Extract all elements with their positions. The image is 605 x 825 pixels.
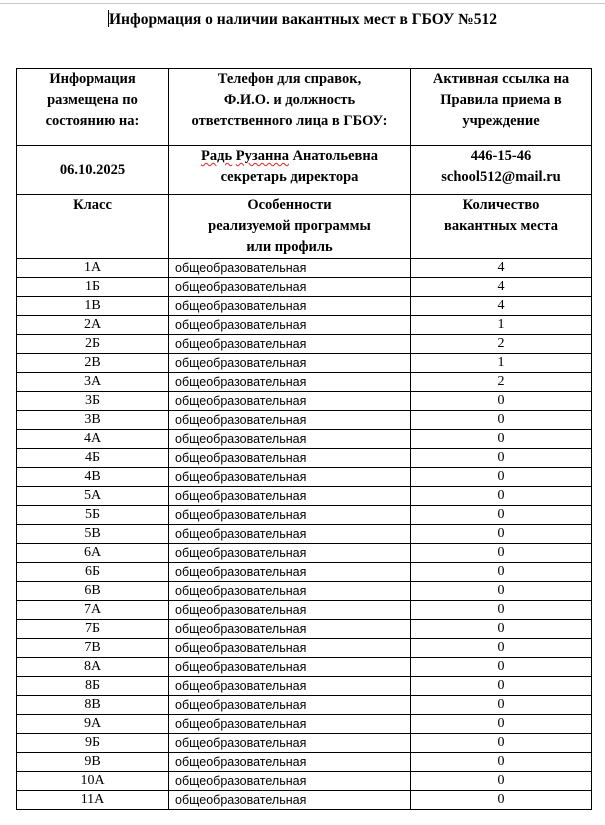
cell-class[interactable]: 9А [17,715,169,734]
cell-vacancies[interactable]: 4 [411,259,592,278]
cell-class[interactable]: 3В [17,411,169,430]
cell-class[interactable]: 7Б [17,620,169,639]
cell-program[interactable]: общеобразовательная [169,259,411,278]
cell-vacancies[interactable]: 0 [411,772,592,791]
cell-program[interactable]: общеобразовательная [169,335,411,354]
table-row: 4Вобщеобразовательная0 [17,468,592,487]
column-header-program[interactable]: Особенности реализуемой программы или пр… [169,195,411,259]
table-row: 9Бобщеобразовательная0 [17,734,592,753]
column-header-row: Класс Особенности реализуемой программы … [17,195,592,259]
cell-vacancies[interactable]: 0 [411,411,592,430]
cell-program[interactable]: общеобразовательная [169,525,411,544]
name-first: Рузанна [236,148,289,164]
cell-vacancies[interactable]: 0 [411,715,592,734]
cell-vacancies[interactable]: 0 [411,620,592,639]
cell-class[interactable]: 11А [17,791,169,810]
cell-vacancies[interactable]: 0 [411,563,592,582]
cell-vacancies[interactable]: 2 [411,373,592,392]
table-row: 10Аобщеобразовательная0 [17,772,592,791]
cell-program[interactable]: общеобразовательная [169,468,411,487]
cell-program[interactable]: общеобразовательная [169,791,411,810]
cell-vacancies[interactable]: 0 [411,525,592,544]
cell-program[interactable]: общеобразовательная [169,411,411,430]
table-row: 5Бобщеобразовательная0 [17,506,592,525]
table-row: 3Вобщеобразовательная0 [17,411,592,430]
table-row: 1Бобщеобразовательная4 [17,278,592,297]
cell-vacancies[interactable]: 0 [411,582,592,601]
vacancies-table: Информация размещена по состоянию на: Те… [16,68,592,810]
cell-class[interactable]: 8В [17,696,169,715]
table-row: 4Аобщеобразовательная0 [17,430,592,449]
cell-vacancies[interactable]: 2 [411,335,592,354]
table-row: 8Вобщеобразовательная0 [17,696,592,715]
header-text: вакантных места [411,216,591,237]
cell-class[interactable]: 7В [17,639,169,658]
cell-program[interactable]: общеобразовательная [169,563,411,582]
cell-vacancies[interactable]: 0 [411,753,592,772]
table-row: 1Аобщеобразовательная4 [17,259,592,278]
header-cell-rules-link[interactable]: Активная ссылка на Правила приема в учре… [411,69,592,146]
cell-program[interactable]: общеобразовательная [169,373,411,392]
cell-program[interactable]: общеобразовательная [169,582,411,601]
cell-vacancies[interactable]: 0 [411,392,592,411]
cell-vacancies[interactable]: 0 [411,506,592,525]
class-rows: 1Аобщеобразовательная41Бобщеобразователь… [17,259,592,810]
table-row: 2Аобщеобразовательная1 [17,316,592,335]
cell-program[interactable]: общеобразовательная [169,487,411,506]
header-text: реализуемой программы [169,216,410,237]
table-row: 3Бобщеобразовательная0 [17,392,592,411]
cell-vacancies[interactable]: 0 [411,791,592,810]
table-row: 5Аобщеобразовательная0 [17,487,592,506]
cell-class[interactable]: 2Б [17,335,169,354]
cell-class[interactable]: 3Б [17,392,169,411]
cell-class[interactable]: 10А [17,772,169,791]
cell-vacancies[interactable]: 0 [411,430,592,449]
header-text: размещена по [17,90,168,111]
table-row: 11Аобщеобразовательная0 [17,791,592,810]
cell-vacancies[interactable]: 0 [411,639,592,658]
cell-class[interactable]: 7А [17,601,169,620]
cell-program[interactable]: общеобразовательная [169,392,411,411]
table-row: 6Аобщеобразовательная0 [17,544,592,563]
header-text: Телефон для справок, [169,69,410,90]
cell-vacancies[interactable]: 0 [411,696,592,715]
header-text: Правила приема в [411,90,591,111]
cell-vacancies[interactable]: 1 [411,316,592,335]
cell-class[interactable]: 5В [17,525,169,544]
cell-class[interactable]: 6Б [17,563,169,582]
cell-class[interactable]: 1Б [17,278,169,297]
document-title[interactable]: Информация о наличии вакантных мест в ГБ… [0,10,605,30]
title-text: Информация о наличии вакантных мест в ГБ… [109,11,497,28]
cell-class[interactable]: 1В [17,297,169,316]
cell-vacancies[interactable]: 0 [411,677,592,696]
cell-class[interactable]: 9Б [17,734,169,753]
cell-class[interactable]: 5А [17,487,169,506]
header-text: Класс [17,195,168,216]
cell-program[interactable]: общеобразовательная [169,696,411,715]
table-row: 7Бобщеобразовательная0 [17,620,592,639]
cell-class[interactable]: 1А [17,259,169,278]
table-row: 5Вобщеобразовательная0 [17,525,592,544]
cell-class[interactable]: 2А [17,316,169,335]
cell-program[interactable]: общеобразовательная [169,601,411,620]
column-header-class[interactable]: Класс [17,195,169,259]
cell-vacancies[interactable]: 0 [411,734,592,753]
header-text: Количество [411,195,591,216]
header-cell-date[interactable]: Информация размещена по состоянию на: [17,69,169,146]
name-patronymic: Анатольевна [293,148,378,164]
cell-vacancies[interactable]: 4 [411,278,592,297]
cell-program[interactable]: общеобразовательная [169,449,411,468]
cell-vacancies[interactable]: 0 [411,601,592,620]
cell-program[interactable]: общеобразовательная [169,506,411,525]
cell-program[interactable]: общеобразовательная [169,772,411,791]
person-position: секретарь директора [169,167,410,188]
header-text: ответственного лица в ГБОУ: [169,111,410,132]
cell-vacancies[interactable]: 0 [411,468,592,487]
table-row: 8Аобщеобразовательная0 [17,658,592,677]
table-row: 2Бобщеобразовательная2 [17,335,592,354]
header-text: учреждение [411,111,591,132]
cell-program[interactable]: общеобразовательная [169,639,411,658]
table-row: 4Бобщеобразовательная0 [17,449,592,468]
table-row: 2Вобщеобразовательная1 [17,354,592,373]
cell-program[interactable]: общеобразовательная [169,715,411,734]
contact-info[interactable]: 446-15-46 school512@mail.ru [411,146,592,195]
header-cell-contact[interactable]: Телефон для справок, Ф.И.О. и должность … [169,69,411,146]
cell-class[interactable]: 4Б [17,449,169,468]
cell-class[interactable]: 6А [17,544,169,563]
cell-program[interactable]: общеобразовательная [169,297,411,316]
cell-class[interactable]: 8Б [17,677,169,696]
cell-program[interactable]: общеобразовательная [169,620,411,639]
info-header-row: Информация размещена по состоянию на: Те… [17,69,592,146]
cell-program[interactable]: общеобразовательная [169,316,411,335]
header-text: состоянию на: [17,111,168,132]
email-address[interactable]: school512@mail.ru [411,167,591,188]
cell-program[interactable]: общеобразовательная [169,753,411,772]
table-row: 8Бобщеобразовательная0 [17,677,592,696]
cell-class[interactable]: 5Б [17,506,169,525]
table-row: 3Аобщеобразовательная2 [17,373,592,392]
date-text: 06.10.2025 [60,162,125,178]
cell-class[interactable]: 3А [17,373,169,392]
info-date[interactable]: 06.10.2025 [17,146,169,195]
header-text: Ф.И.О. и должность [169,90,410,111]
cell-program[interactable]: общеобразовательная [169,278,411,297]
cell-vacancies[interactable]: 0 [411,449,592,468]
cell-program[interactable]: общеобразовательная [169,544,411,563]
table-row: 6Бобщеобразовательная0 [17,563,592,582]
table-row: 6Вобщеобразовательная0 [17,582,592,601]
responsible-person[interactable]: Радь Рузанна Анатольевна секретарь дирек… [169,146,411,195]
table-row: 1Вобщеобразовательная4 [17,297,592,316]
phone-number: 446-15-46 [411,146,591,167]
cell-class[interactable]: 8А [17,658,169,677]
cell-class[interactable]: 6В [17,582,169,601]
cell-vacancies[interactable]: 4 [411,297,592,316]
header-text: Особенности [169,195,410,216]
cell-program[interactable]: общеобразовательная [169,677,411,696]
header-text: Активная ссылка на [411,69,591,90]
header-text: или профиль [169,237,410,258]
name-surname: Радь [201,148,232,164]
table-row: 9Аобщеобразовательная0 [17,715,592,734]
cell-vacancies[interactable]: 0 [411,487,592,506]
cell-program[interactable]: общеобразовательная [169,430,411,449]
cell-class[interactable]: 2В [17,354,169,373]
table-row: 7Вобщеобразовательная0 [17,639,592,658]
page-top-edge [0,3,605,4]
header-text: Информация [17,69,168,90]
cell-program[interactable]: общеобразовательная [169,354,411,373]
table-row: 9Вобщеобразовательная0 [17,753,592,772]
person-name: Радь Рузанна Анатольевна [169,146,410,167]
cell-vacancies[interactable]: 1 [411,354,592,373]
contact-row: 06.10.2025 Радь Рузанна Анатольевна секр… [17,146,592,195]
cell-vacancies[interactable]: 0 [411,658,592,677]
column-header-vacancies[interactable]: Количество вакантных места [411,195,592,259]
cell-class[interactable]: 9В [17,753,169,772]
cell-class[interactable]: 4В [17,468,169,487]
cell-program[interactable]: общеобразовательная [169,658,411,677]
cell-program[interactable]: общеобразовательная [169,734,411,753]
table-row: 7Аобщеобразовательная0 [17,601,592,620]
cell-vacancies[interactable]: 0 [411,544,592,563]
cell-class[interactable]: 4А [17,430,169,449]
